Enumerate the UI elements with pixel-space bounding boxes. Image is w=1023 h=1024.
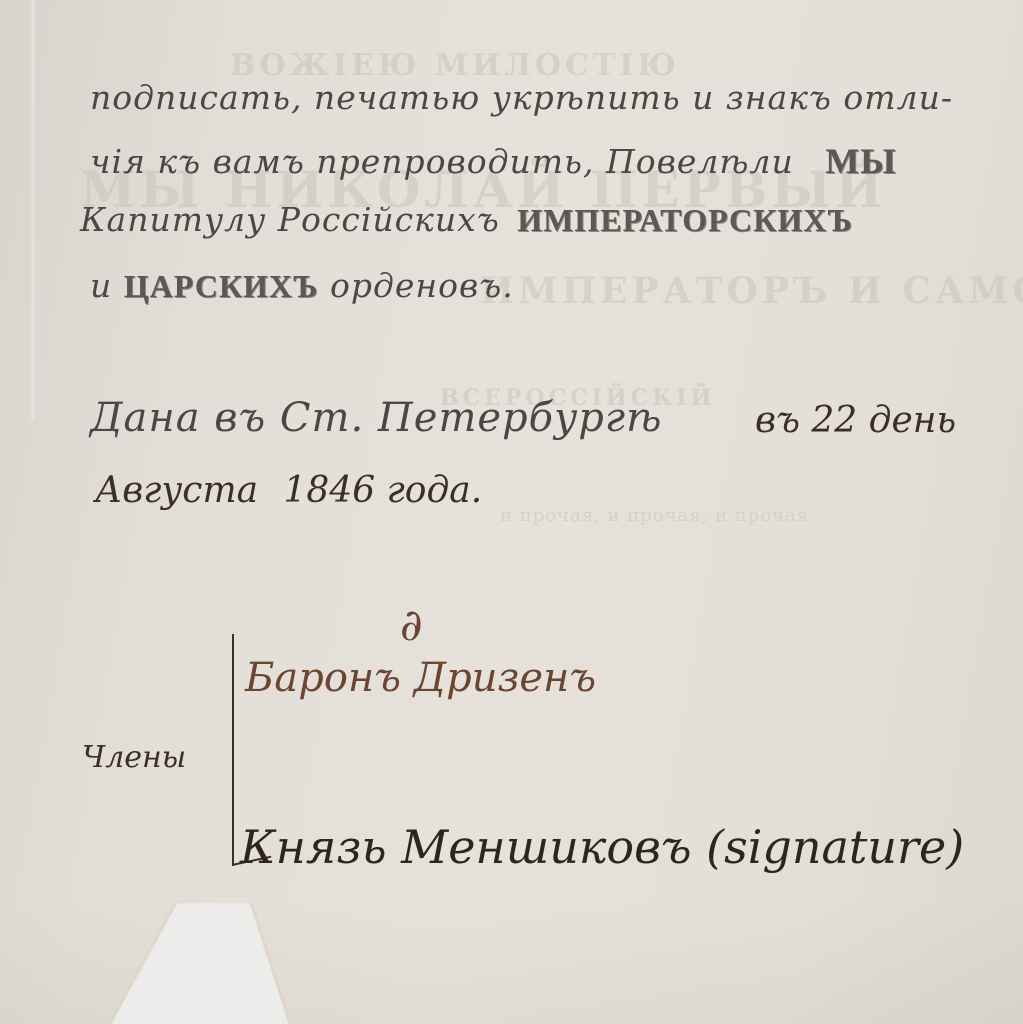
dated-place-text: Дана въ Ст. Петербургѣ xyxy=(90,395,662,441)
show-through-line-5: и прочая, и прочая, и прочая xyxy=(500,505,809,526)
year: 1846 xyxy=(284,470,376,511)
signature-bracket xyxy=(232,634,234,866)
signature-1-flourish: ∂ xyxy=(400,600,423,651)
dated-place-line: Дана въ Ст. Петербургѣ xyxy=(90,395,662,441)
body-line-4-prefix: и xyxy=(90,266,112,305)
body-line-4-caps: ЦАРСКИХЪ xyxy=(124,268,319,304)
show-through-line-3: ИМПЕРАТОРЪ И САМОДЕРЖЕЦЪ xyxy=(480,270,1023,312)
year-word: года. xyxy=(387,470,483,511)
day-word: день xyxy=(869,400,956,441)
members-label: Члены xyxy=(82,740,186,775)
body-line-4-text: орденовъ. xyxy=(330,266,514,305)
handwritten-day: въ 22 день xyxy=(755,400,956,441)
body-line-4: и ЦАРСКИХЪ орденовъ. xyxy=(90,266,514,305)
signature-2: Князь Меншиковъ (signature) xyxy=(240,820,964,874)
body-line-2: чія къ вамъ препроводить, Повелѣли МЫ xyxy=(90,140,897,182)
body-line-3: Капитулу Россійскихъ ИМПЕРАТОРСКИХЪ xyxy=(80,200,853,239)
body-line-3-caps: ИМПЕРАТОРСКИХЪ xyxy=(517,202,853,238)
body-line-2-caps: МЫ xyxy=(825,141,896,181)
date-line: Августа 1846 года. xyxy=(95,470,482,511)
signature-1: Баронъ Дризенъ xyxy=(245,655,596,701)
paper-fold-shadow xyxy=(30,0,36,420)
month: Августа xyxy=(95,470,258,511)
body-line-1: подписать, печатью укрѣпить и знакъ отли… xyxy=(90,78,953,117)
body-line-2-text: чія къ вамъ препроводить, Повелѣли xyxy=(90,142,794,181)
body-line-3-text: Капитулу Россійскихъ xyxy=(80,200,500,239)
day-preposition: въ xyxy=(755,400,800,441)
day-number: 22 xyxy=(811,400,857,441)
body-line-1-text: подписать, печатью укрѣпить и знакъ отли… xyxy=(90,78,953,117)
